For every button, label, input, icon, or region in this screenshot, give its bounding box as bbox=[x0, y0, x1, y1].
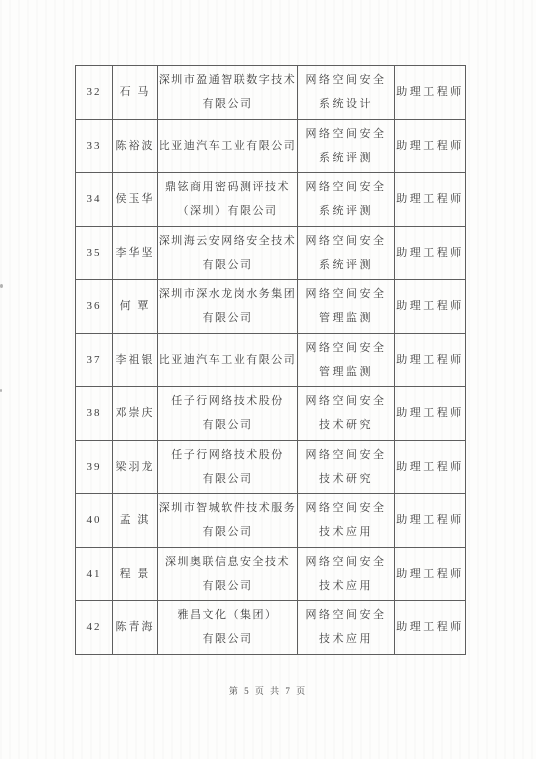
cell-line: 孟 淇 bbox=[120, 514, 151, 526]
cell-line: 石 马 bbox=[120, 86, 151, 98]
engineer-roster-table: 32 石 马 深圳市盈通智联数字技术有限公司 网络空间安全系统设计 助理工程师 … bbox=[75, 65, 466, 655]
page-number-footer: 第 5 页 共 7 页 bbox=[0, 684, 536, 697]
scan-artifact-speck bbox=[0, 389, 2, 392]
cell-line: 网络空间安全 bbox=[306, 395, 387, 407]
cell-line: 何 覃 bbox=[120, 300, 151, 312]
cell-line: 比亚迪汽车工业有限公司 bbox=[159, 140, 297, 152]
cell-line: 助理工程师 bbox=[396, 247, 464, 259]
cell-person-name: 石 马 bbox=[113, 66, 158, 119]
cell-line: 助理工程师 bbox=[396, 568, 464, 580]
cell-line: 深圳市智城软件技术服务 bbox=[159, 502, 297, 514]
cell-specialty: 网络空间安全系统评测 bbox=[298, 173, 395, 226]
cell-line: 深圳海云安网络安全技术 bbox=[159, 235, 297, 247]
table-body: 32 石 马 深圳市盈通智联数字技术有限公司 网络空间安全系统设计 助理工程师 … bbox=[76, 66, 465, 654]
cell-specialty: 网络空间安全系统设计 bbox=[298, 66, 395, 119]
cell-line: 网络空间安全 bbox=[306, 235, 387, 247]
cell-line: 助理工程师 bbox=[396, 86, 464, 98]
cell-company-name: 比亚迪汽车工业有限公司 bbox=[158, 334, 298, 387]
cell-line: 助理工程师 bbox=[396, 514, 464, 526]
cell-line: 有限公司 bbox=[203, 526, 253, 538]
cell-line: 陈裕波 bbox=[116, 140, 155, 152]
cell-person-name: 孟 淇 bbox=[113, 494, 158, 547]
cell-line: 助理工程师 bbox=[396, 140, 464, 152]
cell-job-title: 助理工程师 bbox=[395, 120, 465, 173]
cell-line: 技术应用 bbox=[319, 580, 373, 592]
cell-specialty: 网络空间安全技术应用 bbox=[298, 494, 395, 547]
cell-job-title: 助理工程师 bbox=[395, 66, 465, 119]
cell-line: 网络空间安全 bbox=[306, 449, 387, 461]
cell-line: 系统评测 bbox=[319, 152, 373, 164]
cell-line: 有限公司 bbox=[203, 473, 253, 485]
cell-job-title: 助理工程师 bbox=[395, 387, 465, 440]
cell-company-name: 任子行网络技术股份有限公司 bbox=[158, 441, 298, 494]
cell-specialty: 网络空间安全系统评测 bbox=[298, 120, 395, 173]
cell-line: 助理工程师 bbox=[396, 461, 464, 473]
cell-job-title: 助理工程师 bbox=[395, 548, 465, 601]
table-row: 38 邓崇庆 任子行网络技术股份有限公司 网络空间安全技术研究 助理工程师 bbox=[76, 387, 465, 441]
table-row: 36 何 覃 深圳市深水龙岗水务集团有限公司 网络空间安全管理监测 助理工程师 bbox=[76, 280, 465, 334]
cell-row-number: 42 bbox=[76, 601, 113, 654]
cell-line: 助理工程师 bbox=[396, 193, 464, 205]
table-row: 35 李华坚 深圳海云安网络安全技术有限公司 网络空间安全系统评测 助理工程师 bbox=[76, 227, 465, 281]
cell-line: 深圳市深水龙岗水务集团 bbox=[159, 288, 297, 300]
cell-job-title: 助理工程师 bbox=[395, 441, 465, 494]
cell-line: 网络空间安全 bbox=[306, 288, 387, 300]
cell-specialty: 网络空间安全技术研究 bbox=[298, 441, 395, 494]
table-row: 34 侯玉华 鼎铉商用密码测评技术（深圳）有限公司 网络空间安全系统评测 助理工… bbox=[76, 173, 465, 227]
cell-row-number: 32 bbox=[76, 66, 113, 119]
cell-line: 系统评测 bbox=[319, 259, 373, 271]
cell-line: 管理监测 bbox=[319, 366, 373, 378]
cell-specialty: 网络空间安全技术应用 bbox=[298, 601, 395, 654]
cell-line: 任子行网络技术股份 bbox=[171, 449, 284, 461]
cell-company-name: 深圳市盈通智联数字技术有限公司 bbox=[158, 66, 298, 119]
table-row: 37 李祖银 比亚迪汽车工业有限公司 网络空间安全管理监测 助理工程师 bbox=[76, 334, 465, 388]
cell-company-name: 深圳奥联信息安全技术有限公司 bbox=[158, 548, 298, 601]
cell-person-name: 程 景 bbox=[113, 548, 158, 601]
cell-row-number: 37 bbox=[76, 334, 113, 387]
table-row: 39 梁羽龙 任子行网络技术股份有限公司 网络空间安全技术研究 助理工程师 bbox=[76, 441, 465, 495]
cell-line: 助理工程师 bbox=[396, 621, 464, 633]
cell-row-number: 38 bbox=[76, 387, 113, 440]
cell-job-title: 助理工程师 bbox=[395, 334, 465, 387]
table-row: 33 陈裕波 比亚迪汽车工业有限公司 网络空间安全系统评测 助理工程师 bbox=[76, 120, 465, 174]
cell-specialty: 网络空间安全管理监测 bbox=[298, 334, 395, 387]
cell-company-name: 鼎铉商用密码测评技术（深圳）有限公司 bbox=[158, 173, 298, 226]
cell-line: 39 bbox=[87, 461, 102, 473]
cell-company-name: 深圳市智城软件技术服务有限公司 bbox=[158, 494, 298, 547]
cell-person-name: 李祖银 bbox=[113, 334, 158, 387]
cell-line: 助理工程师 bbox=[396, 300, 464, 312]
cell-line: 42 bbox=[87, 621, 102, 633]
cell-company-name: 雅昌文化（集团）有限公司 bbox=[158, 601, 298, 654]
cell-job-title: 助理工程师 bbox=[395, 173, 465, 226]
cell-line: 37 bbox=[87, 354, 102, 366]
cell-line: 33 bbox=[87, 140, 102, 152]
cell-line: 网络空间安全 bbox=[306, 128, 387, 140]
cell-person-name: 李华坚 bbox=[113, 227, 158, 280]
cell-specialty: 网络空间安全技术应用 bbox=[298, 548, 395, 601]
scan-artifact-speck bbox=[0, 284, 3, 288]
cell-line: 网络空间安全 bbox=[306, 609, 387, 621]
cell-line: 程 景 bbox=[120, 568, 151, 580]
cell-line: 助理工程师 bbox=[396, 354, 464, 366]
cell-line: 40 bbox=[87, 514, 102, 526]
cell-line: 深圳市盈通智联数字技术 bbox=[159, 74, 297, 86]
table-row: 40 孟 淇 深圳市智城软件技术服务有限公司 网络空间安全技术应用 助理工程师 bbox=[76, 494, 465, 548]
cell-line: 34 bbox=[87, 193, 102, 205]
cell-line: 技术应用 bbox=[319, 526, 373, 538]
cell-line: 李华坚 bbox=[116, 247, 155, 259]
cell-line: 邓崇庆 bbox=[116, 407, 155, 419]
cell-row-number: 34 bbox=[76, 173, 113, 226]
cell-line: 网络空间安全 bbox=[306, 556, 387, 568]
cell-line: 38 bbox=[87, 407, 102, 419]
cell-line: 鼎铉商用密码测评技术 bbox=[165, 181, 290, 193]
cell-line: 管理监测 bbox=[319, 312, 373, 324]
cell-line: 有限公司 bbox=[203, 98, 253, 110]
cell-line: 系统设计 bbox=[319, 98, 373, 110]
cell-line: 网络空间安全 bbox=[306, 74, 387, 86]
cell-line: 技术研究 bbox=[319, 419, 373, 431]
cell-line: 41 bbox=[87, 568, 102, 580]
cell-line: （深圳）有限公司 bbox=[178, 205, 278, 217]
cell-line: 有限公司 bbox=[203, 259, 253, 271]
cell-line: 任子行网络技术股份 bbox=[171, 395, 284, 407]
cell-line: 36 bbox=[87, 300, 102, 312]
cell-line: 有限公司 bbox=[203, 312, 253, 324]
cell-line: 梁羽龙 bbox=[116, 461, 155, 473]
cell-person-name: 陈裕波 bbox=[113, 120, 158, 173]
cell-job-title: 助理工程师 bbox=[395, 280, 465, 333]
cell-line: 35 bbox=[87, 247, 102, 259]
cell-row-number: 33 bbox=[76, 120, 113, 173]
cell-row-number: 41 bbox=[76, 548, 113, 601]
cell-line: 技术研究 bbox=[319, 473, 373, 485]
cell-person-name: 何 覃 bbox=[113, 280, 158, 333]
cell-line: 有限公司 bbox=[203, 419, 253, 431]
cell-company-name: 深圳海云安网络安全技术有限公司 bbox=[158, 227, 298, 280]
table-row: 41 程 景 深圳奥联信息安全技术有限公司 网络空间安全技术应用 助理工程师 bbox=[76, 548, 465, 602]
cell-line: 比亚迪汽车工业有限公司 bbox=[159, 354, 297, 366]
cell-specialty: 网络空间安全管理监测 bbox=[298, 280, 395, 333]
cell-line: 32 bbox=[87, 86, 102, 98]
table-row: 32 石 马 深圳市盈通智联数字技术有限公司 网络空间安全系统设计 助理工程师 bbox=[76, 66, 465, 120]
cell-row-number: 35 bbox=[76, 227, 113, 280]
cell-company-name: 深圳市深水龙岗水务集团有限公司 bbox=[158, 280, 298, 333]
cell-line: 助理工程师 bbox=[396, 407, 464, 419]
cell-job-title: 助理工程师 bbox=[395, 494, 465, 547]
cell-person-name: 梁羽龙 bbox=[113, 441, 158, 494]
cell-line: 有限公司 bbox=[203, 633, 253, 645]
cell-specialty: 网络空间安全系统评测 bbox=[298, 227, 395, 280]
table-row: 42 陈青海 雅昌文化（集团）有限公司 网络空间安全技术应用 助理工程师 bbox=[76, 601, 465, 654]
cell-job-title: 助理工程师 bbox=[395, 601, 465, 654]
cell-line: 系统评测 bbox=[319, 205, 373, 217]
cell-line: 深圳奥联信息安全技术 bbox=[165, 556, 290, 568]
cell-person-name: 陈青海 bbox=[113, 601, 158, 654]
cell-row-number: 36 bbox=[76, 280, 113, 333]
cell-line: 陈青海 bbox=[116, 621, 155, 633]
cell-row-number: 40 bbox=[76, 494, 113, 547]
cell-line: 雅昌文化（集团） bbox=[178, 609, 278, 621]
cell-line: 网络空间安全 bbox=[306, 181, 387, 193]
cell-line: 侯玉华 bbox=[116, 193, 155, 205]
cell-company-name: 任子行网络技术股份有限公司 bbox=[158, 387, 298, 440]
cell-job-title: 助理工程师 bbox=[395, 227, 465, 280]
cell-line: 李祖银 bbox=[116, 354, 155, 366]
scanned-document-page: 32 石 马 深圳市盈通智联数字技术有限公司 网络空间安全系统设计 助理工程师 … bbox=[0, 0, 536, 759]
cell-line: 技术应用 bbox=[319, 633, 373, 645]
cell-line: 有限公司 bbox=[203, 580, 253, 592]
cell-row-number: 39 bbox=[76, 441, 113, 494]
cell-specialty: 网络空间安全技术研究 bbox=[298, 387, 395, 440]
cell-line: 网络空间安全 bbox=[306, 502, 387, 514]
cell-person-name: 邓崇庆 bbox=[113, 387, 158, 440]
cell-person-name: 侯玉华 bbox=[113, 173, 158, 226]
cell-line: 网络空间安全 bbox=[306, 342, 387, 354]
cell-company-name: 比亚迪汽车工业有限公司 bbox=[158, 120, 298, 173]
